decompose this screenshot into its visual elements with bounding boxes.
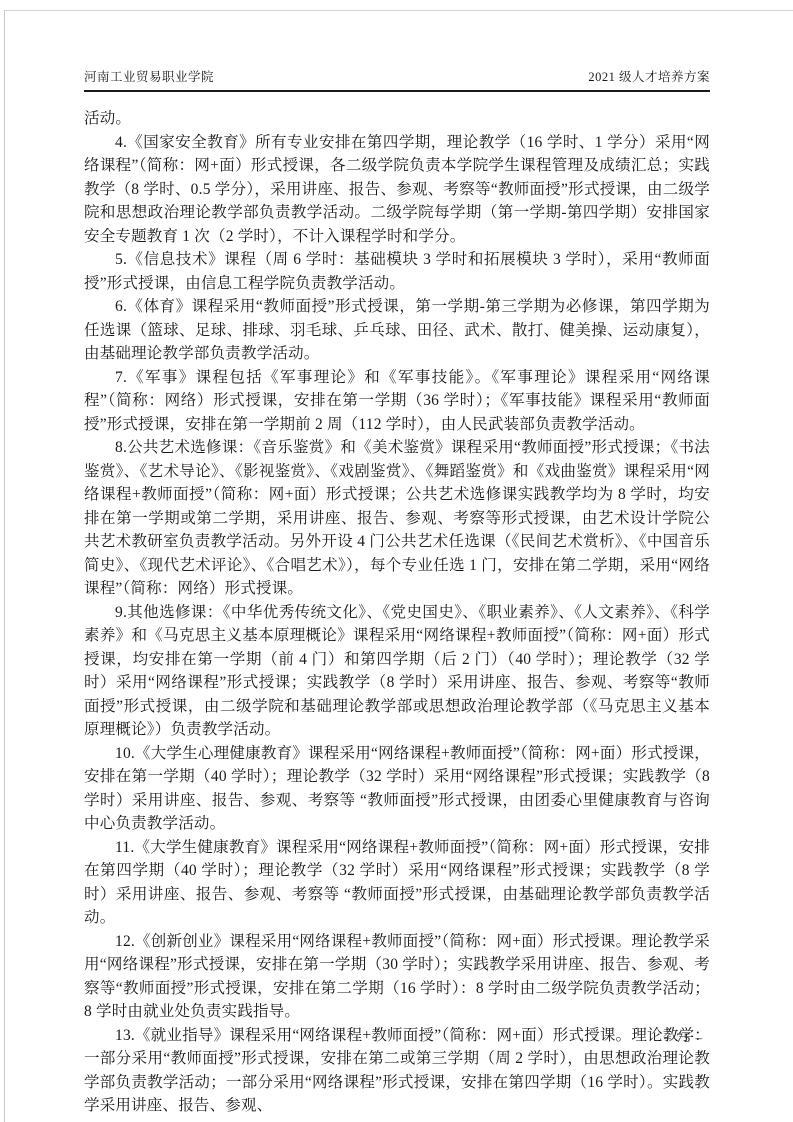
paragraph-11: 11.《大学生健康教育》课程采用“网络课程+教师面授”（简称：网+面）形式授课，…	[84, 836, 710, 930]
document-body: 活动。 4.《国家安全教育》所有专业安排在第四学期，理论教学（16 学时、1 学…	[84, 107, 710, 1118]
paragraph-9: 9.其他选修课：《中华优秀传统文化》、《党史国史》、《职业素养》、《人文素养》、…	[84, 601, 710, 742]
paragraph-13: 13.《就业指导》课程采用“网络课程+教师面授”（简称：网+面）形式授课。理论教…	[84, 1024, 710, 1118]
page-footer: – 75 –	[665, 1030, 704, 1046]
header-doc-title: 2021 级人才培养方案	[588, 69, 710, 86]
paragraph-6: 6.《体育》课程采用“教师面授”形式授课，第一学期-第三学期为必修课，第四学期为…	[84, 295, 710, 366]
page-header: 河南工业贸易职业学院 2021 级人才培养方案	[84, 69, 710, 92]
paragraph-5: 5.《信息技术》课程（周 6 学时：基础模块 3 学时和拓展模块 3 学时），采…	[84, 248, 710, 295]
paragraph-continuation: 活动。	[84, 107, 710, 131]
paragraph-10: 10.《大学生心理健康教育》课程采用“网络课程+教师面授”（简称：网+面）形式授…	[84, 742, 710, 836]
page-edge-top	[4, 10, 793, 11]
page-number: – 75 –	[665, 1030, 704, 1045]
paragraph-8: 8.公共艺术选修课：《音乐鉴赏》和《美术鉴赏》课程采用“教师面授”形式授课；《书…	[84, 436, 710, 601]
header-school-name: 河南工业贸易职业学院	[84, 69, 214, 86]
page-edge-left	[4, 10, 5, 1122]
paragraph-7: 7.《军事》课程包括《军事理论》和《军事技能》。《军事理论》课程采用“网络课程”…	[84, 366, 710, 437]
paragraph-12: 12.《创新创业》课程采用“网络课程+教师面授”（简称：网+面）形式授课。理论教…	[84, 930, 710, 1024]
document-page: 河南工业贸易职业学院 2021 级人才培养方案 活动。 4.《国家安全教育》所有…	[0, 0, 793, 1122]
paragraph-4: 4.《国家安全教育》所有专业安排在第四学期，理论教学（16 学时、1 学分）采用…	[84, 131, 710, 249]
